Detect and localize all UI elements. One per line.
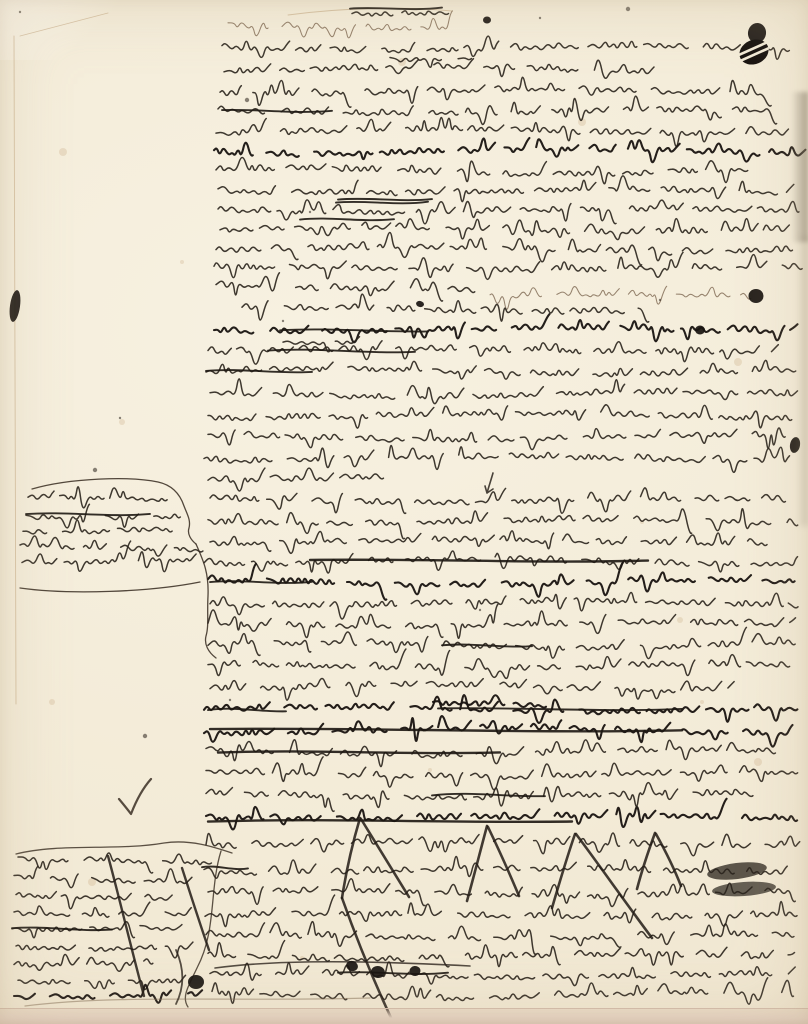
margin-note-lower-line	[14, 954, 153, 971]
ink-blot	[749, 289, 764, 303]
handwriting-line	[204, 446, 790, 473]
foxing-spot	[677, 617, 683, 623]
handwriting-line	[214, 138, 805, 162]
diagonal-cancel-stroke	[361, 819, 409, 897]
ink-blot	[415, 300, 424, 308]
ink-speck	[19, 11, 21, 13]
handwriting-line	[210, 379, 798, 404]
ink-speck	[626, 7, 630, 11]
handwriting-line	[210, 531, 767, 553]
handwriting-line-strikethrough	[208, 820, 572, 822]
handwriting-layer	[0, 0, 808, 1024]
margin-note-upper-line	[23, 520, 172, 534]
handwriting-line	[208, 428, 785, 450]
diagonal-cancel-stroke	[342, 818, 360, 898]
ink-smear	[712, 880, 777, 898]
interlinear-insertion	[352, 11, 449, 16]
handwriting-line	[206, 360, 796, 379]
margin-checkmark	[119, 779, 151, 814]
ink-speck	[309, 211, 311, 213]
handwriting-line	[210, 679, 734, 701]
handwriting-line-strikethrough	[300, 219, 394, 221]
handwriting-line	[220, 77, 771, 107]
scan-bottom-strip	[0, 1008, 808, 1024]
foxing-spot	[119, 419, 125, 425]
margin-note-upper-line	[20, 536, 203, 556]
foxing-spot	[59, 148, 67, 156]
handwriting-line	[210, 593, 798, 619]
handwriting-line	[208, 879, 795, 907]
foxing-spot	[700, 700, 704, 704]
interlinear-insertion	[433, 695, 546, 707]
manuscript-page	[0, 0, 808, 1024]
margin-note-lower-outline	[16, 842, 232, 854]
margin-note-lower-line	[14, 866, 192, 887]
handwriting-line-strikethrough	[432, 794, 545, 796]
handwriting-line-strikethrough	[218, 751, 500, 753]
ink-speck	[539, 17, 541, 19]
margin-note-lower-line	[14, 902, 191, 917]
ink-speck	[93, 468, 97, 472]
handwriting-line	[206, 783, 753, 812]
ink-smear	[706, 859, 768, 882]
handwriting-line	[216, 157, 748, 183]
handwriting-line-strikethrough	[210, 729, 682, 732]
margin-note-cancel-stroke	[182, 868, 209, 950]
handwriting-line-strikethrough	[338, 972, 448, 974]
margin-note-upper-line	[28, 487, 167, 508]
ink-speck	[479, 609, 481, 611]
handwriting-line	[220, 219, 789, 240]
handwriting-line	[206, 922, 794, 955]
handwriting-line	[242, 294, 649, 322]
handwriting-line	[206, 799, 797, 830]
scan-edge-smudge-secondary	[797, 236, 808, 526]
foxing-spot	[734, 358, 742, 366]
handwriting-line	[224, 59, 654, 79]
handwriting-line	[208, 627, 795, 658]
ink-blot	[483, 17, 491, 24]
handwriting-line	[216, 117, 788, 146]
foxing-spot	[754, 758, 762, 766]
ink-speck	[282, 320, 284, 322]
ink-speck	[659, 299, 661, 301]
handwriting-line	[214, 314, 798, 342]
margin-note-lower-line	[16, 942, 193, 958]
interlinear-insertion-strikethrough	[350, 8, 442, 10]
diagonal-cancel-stroke	[488, 827, 519, 896]
handwriting-line	[218, 200, 799, 224]
handwriting-line	[210, 962, 795, 986]
handwriting-line	[216, 273, 475, 301]
handwriting-line	[205, 895, 797, 927]
handwriting-line	[218, 176, 794, 202]
handwriting-line	[208, 468, 383, 491]
down-arrow-mark	[485, 473, 493, 493]
handwriting-line	[206, 833, 800, 856]
foxing-spot	[428, 768, 432, 772]
handwriting-line	[228, 11, 452, 38]
foxing-spot	[180, 260, 184, 264]
handwriting-line	[490, 286, 751, 309]
closing-paren-mark	[176, 950, 182, 1004]
handwriting-line	[210, 488, 785, 514]
paper-crease	[20, 13, 108, 36]
ink-speck	[119, 417, 121, 419]
handwriting-line-strikethrough	[338, 199, 432, 200]
handwriting-line	[208, 563, 795, 600]
bottom-sweep-stroke	[25, 998, 370, 1006]
handwriting-line	[206, 757, 798, 790]
margin-note-upper-outline	[20, 582, 200, 592]
handwriting-line	[208, 509, 798, 539]
handwriting-line-strikethrough	[336, 202, 428, 204]
handwriting-line	[216, 233, 792, 266]
handwriting-line	[208, 649, 790, 678]
margin-note-cancel-stroke	[108, 856, 144, 996]
handwriting-line	[212, 978, 793, 1004]
ink-speck	[143, 734, 147, 738]
diagonal-cancel-stroke	[656, 834, 681, 886]
handwriting-line	[204, 856, 787, 878]
ink-blot	[188, 975, 204, 989]
ink-speck	[229, 699, 231, 701]
handwriting-line	[214, 252, 802, 279]
underline-sweep	[215, 962, 470, 968]
paper-crease	[14, 36, 16, 704]
diagonal-cancel-stroke	[576, 834, 652, 938]
handwriting-line	[208, 405, 792, 428]
ink-blot	[409, 965, 421, 976]
ink-speck	[245, 98, 249, 102]
scan-edge-smudge	[791, 92, 808, 242]
handwriting-line-strikethrough	[206, 370, 312, 372]
margin-note-lower-line	[18, 975, 186, 989]
handwriting-line	[208, 604, 796, 638]
handwriting-line	[222, 36, 789, 59]
margin-note-upper-line	[26, 504, 180, 528]
handwriting-line	[218, 96, 777, 124]
ink-blot	[8, 289, 22, 322]
ink-blot	[695, 326, 705, 335]
foxing-spot	[49, 699, 55, 705]
